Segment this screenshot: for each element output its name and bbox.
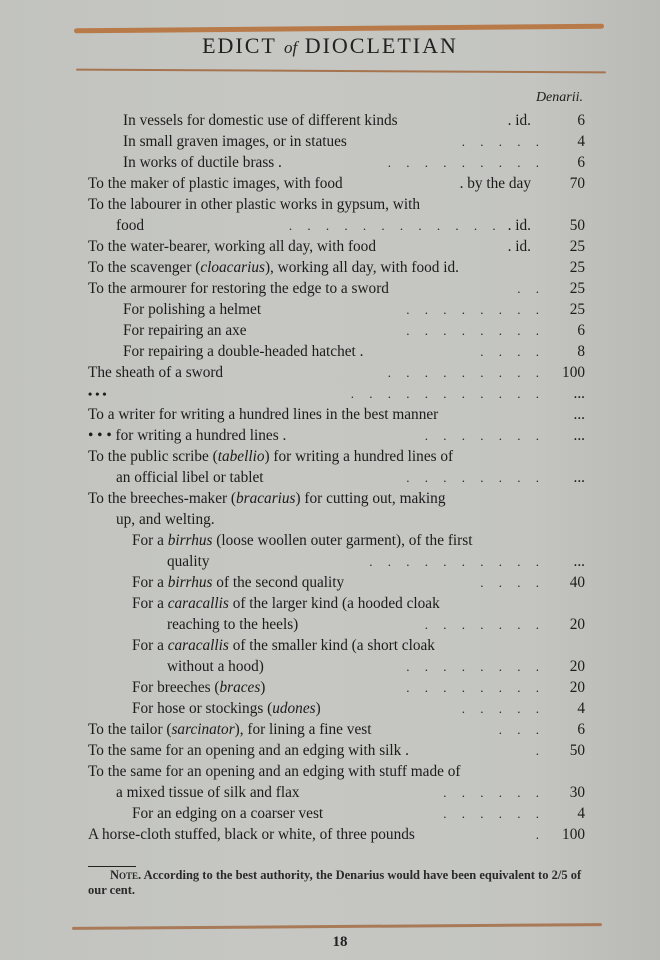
dot-leader: . . . . . . . . . . xyxy=(210,551,552,572)
title-part-1: EDICT xyxy=(202,33,276,58)
price-value: ... xyxy=(551,425,585,446)
dot-leader: . xyxy=(415,824,551,845)
list-item-continuation: reaching to the heels) . . . . . . . 20 xyxy=(88,614,585,635)
price-value: 25 xyxy=(551,299,585,320)
dot-leader: . . . . . xyxy=(321,698,551,719)
price-value: 25 xyxy=(551,236,585,257)
list-item: To the maker of plastic images, with foo… xyxy=(88,173,585,194)
dot-leader: . . . . . . . . . xyxy=(282,152,551,173)
list-item: To the breeches-maker (bracarius) for cu… xyxy=(88,488,585,509)
bottom-decorative-rule xyxy=(72,923,602,930)
list-item: For an edging on a coarser vest . . . . … xyxy=(88,803,585,824)
price-value: 70 xyxy=(551,173,585,194)
list-item: To the public scribe (tabellio) for writ… xyxy=(88,446,585,467)
price-value: 40 xyxy=(551,572,585,593)
dot-leader: . . . . . . xyxy=(300,782,551,803)
dot-leader: . . . . . . . . . . . xyxy=(107,383,551,404)
footnote-text: According to the best authority, the Den… xyxy=(88,868,581,897)
list-item: For hose or stockings (udones) . . . . .… xyxy=(88,698,585,719)
dot-leader: . . . . . . . . xyxy=(264,656,551,677)
list-item: For a caracallis of the smaller kind (a … xyxy=(88,635,585,656)
list-item: To the labourer in other plastic works i… xyxy=(88,194,585,215)
price-list: Denarii. In vessels for domestic use of … xyxy=(88,90,585,845)
list-item: For repairing an axe . . . . . . . . 6 xyxy=(88,320,585,341)
price-value: 6 xyxy=(551,320,585,341)
dot-leader: . . . xyxy=(371,719,551,740)
price-value: 20 xyxy=(551,656,585,677)
list-item-continuation: a mixed tissue of silk and flax . . . . … xyxy=(88,782,585,803)
price-value: 25 xyxy=(551,257,585,278)
dot-leader: . . . . xyxy=(344,572,551,593)
dot-leader: . . . . . . . xyxy=(286,425,551,446)
title-of: of xyxy=(284,38,297,57)
price-value: 25 xyxy=(551,278,585,299)
price-value: 100 xyxy=(551,824,585,845)
footnote-label: Note. xyxy=(88,868,141,882)
list-item: For polishing a helmet . . . . . . . . 2… xyxy=(88,299,585,320)
dot-leader: . . . . . . . . xyxy=(261,299,551,320)
list-item: To the tailor (sarcinator), for lining a… xyxy=(88,719,585,740)
list-item: For repairing a double-headed hatchet . … xyxy=(88,341,585,362)
list-item-continuation: quality . . . . . . . . . . ... xyxy=(88,551,585,572)
list-item: To the same for an opening and an edging… xyxy=(88,761,585,782)
list-item: To the armourer for restoring the edge t… xyxy=(88,278,585,299)
dot-leader: . . . . xyxy=(363,341,551,362)
dot-leader: . . . . . . . . . xyxy=(223,362,551,383)
column-header-denarii: Denarii. xyxy=(88,90,585,110)
top-decorative-rule xyxy=(74,24,604,34)
list-item-continuation: food . . . . . . . . . . . . . id. 50 xyxy=(88,215,585,236)
price-value: 4 xyxy=(551,131,585,152)
list-item-omission: • • • . . . . . . . . . . . ... xyxy=(88,383,585,404)
list-item: For a caracallis of the larger kind (a h… xyxy=(88,593,585,614)
dot-leader: . . . . . . . xyxy=(298,614,551,635)
dot-leader: . . . . . . xyxy=(323,803,551,824)
price-value: 4 xyxy=(551,698,585,719)
footnote-separator xyxy=(88,866,136,867)
price-value: 30 xyxy=(551,782,585,803)
price-value: 6 xyxy=(551,152,585,173)
list-item: In works of ductile brass . . . . . . . … xyxy=(88,152,585,173)
price-value: ... xyxy=(551,404,585,425)
title-part-2: DIOCLETIAN xyxy=(305,33,458,58)
list-item-continuation: an official libel or tablet . . . . . . … xyxy=(88,467,585,488)
list-item-continuation: without a hood) . . . . . . . . 20 xyxy=(88,656,585,677)
price-value: ... xyxy=(551,467,585,488)
list-item: To the same for an opening and an edging… xyxy=(88,740,585,761)
dot-leader: . . . . . . . . xyxy=(247,320,551,341)
dot-leader: . xyxy=(409,740,551,761)
list-item: A horse-cloth stuffed, black or white, o… xyxy=(88,824,585,845)
list-item: For a birrhus (loose woollen outer garme… xyxy=(88,530,585,551)
list-item: The sheath of a sword . . . . . . . . . … xyxy=(88,362,585,383)
price-value: ... xyxy=(551,383,585,404)
list-item: For breeches (braces) . . . . . . . . 20 xyxy=(88,677,585,698)
title-underline-rule xyxy=(76,69,606,74)
dot-leader: . . . . . . . . xyxy=(265,677,551,698)
dot-leader: . . . . . xyxy=(347,131,551,152)
dot-leader: . . xyxy=(389,278,551,299)
list-item: To a writer for writing a hundred lines … xyxy=(88,404,585,425)
dot-leader: . . . . . . . . . . . . xyxy=(144,215,508,236)
price-value: 4 xyxy=(551,803,585,824)
price-value: ... xyxy=(551,551,585,572)
list-item: • • • for writing a hundred lines . . . … xyxy=(88,425,585,446)
footnote: Note. According to the best authority, t… xyxy=(88,868,588,898)
list-item: In small graven images, or in statues . … xyxy=(88,131,585,152)
price-value: 8 xyxy=(551,341,585,362)
price-value: 50 xyxy=(551,740,585,761)
omission-marks: • • • xyxy=(88,384,107,405)
list-item: To the water-bearer, working all day, wi… xyxy=(88,236,585,257)
page-title: EDICT of DIOCLETIAN xyxy=(0,33,660,59)
price-value: 20 xyxy=(551,677,585,698)
price-value: 50 xyxy=(551,215,585,236)
page-number: 18 xyxy=(0,934,660,951)
price-value: 20 xyxy=(551,614,585,635)
price-value: 6 xyxy=(551,719,585,740)
price-value: 6 xyxy=(551,110,585,131)
list-item: To the scavenger (cloacarius), working a… xyxy=(88,257,585,278)
list-item: In vessels for domestic use of different… xyxy=(88,110,585,131)
list-item: For a birrhus of the second quality . . … xyxy=(88,572,585,593)
dot-leader: . . . . . . . . xyxy=(264,467,551,488)
price-value: 100 xyxy=(551,362,585,383)
list-item-continuation: up, and welting. xyxy=(88,509,585,530)
